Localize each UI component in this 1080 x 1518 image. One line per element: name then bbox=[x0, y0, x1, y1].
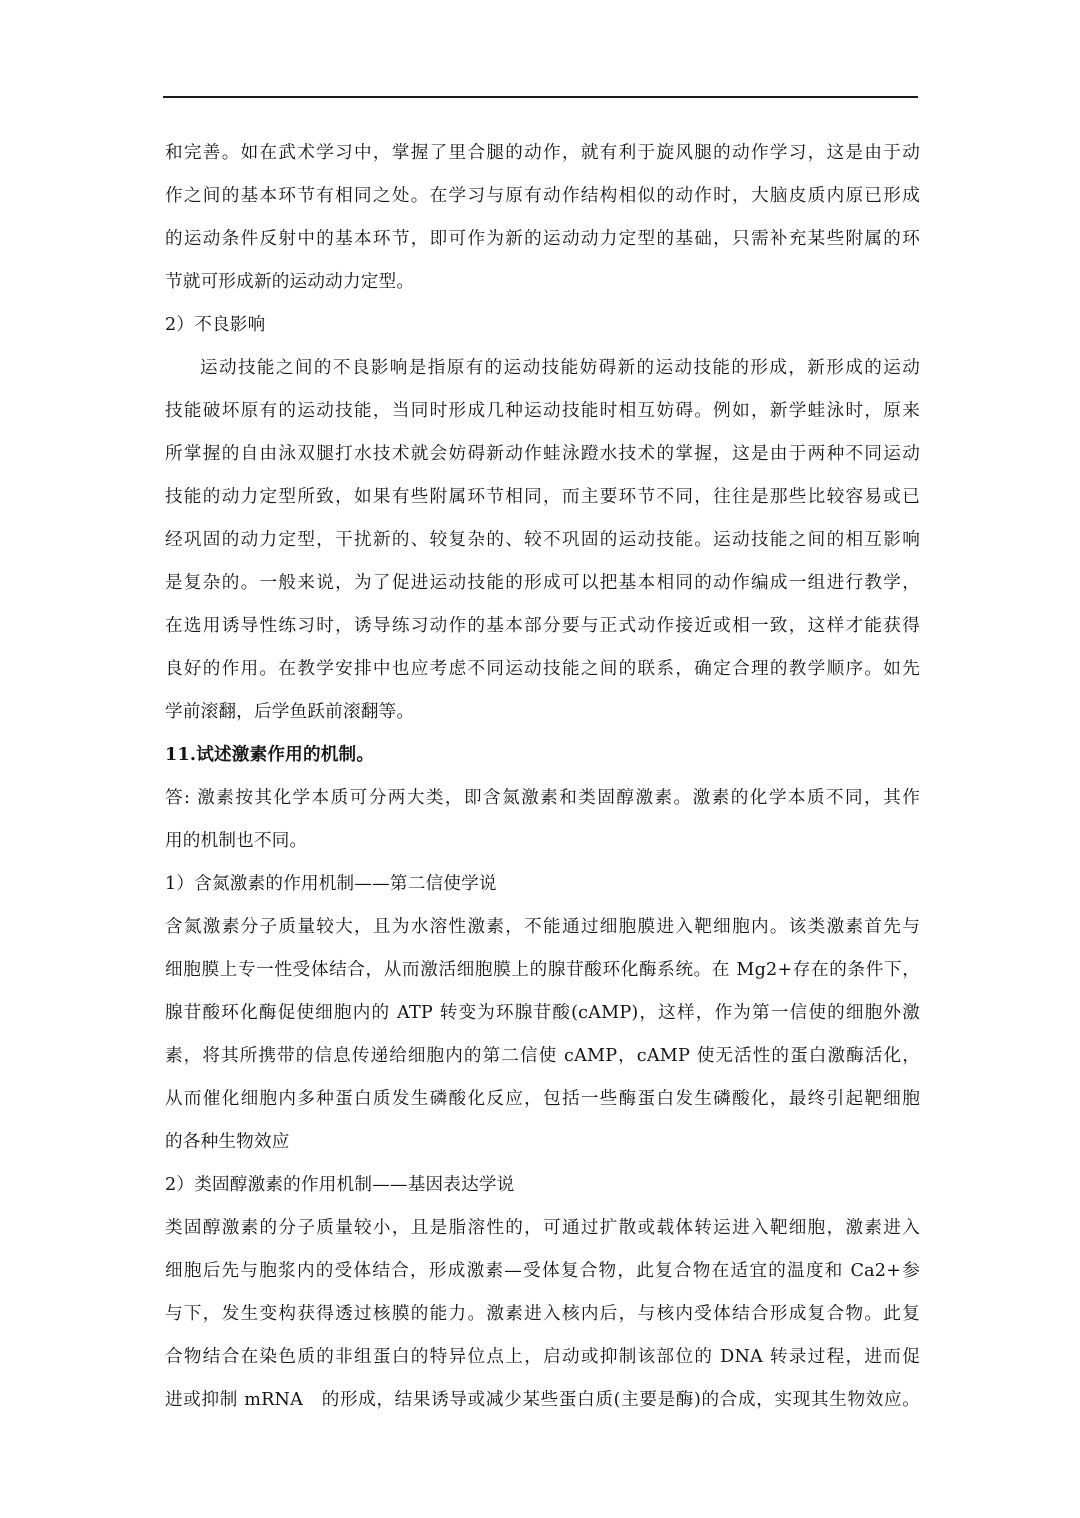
paragraph-line: 细胞后先与胞浆内的受体结合，形成激素—受体复合物，此复合物在适宜的温度和 Ca2… bbox=[165, 1256, 920, 1299]
subheading-adverse-effects: 2）不良影响 bbox=[165, 310, 920, 353]
paragraph-line: 的各种生物效应 bbox=[165, 1127, 920, 1170]
paragraph-line: 类固醇激素的分子质量较小，且是脂溶性的，可通过扩散或载体转运进入靶细胞，激素进入 bbox=[165, 1213, 920, 1256]
paragraph-line: 腺苷酸环化酶促使细胞内的 ATP 转变为环腺苷酸(cAMP)，这样，作为第一信使… bbox=[165, 998, 920, 1041]
paragraph-line: 在选用诱导性练习时，诱导练习动作的基本部分要与正式动作接近或相一致，这样才能获得 bbox=[165, 611, 920, 654]
subheading-nitrogen-hormones: 1）含氮激素的作用机制——第二信使学说 bbox=[165, 869, 920, 912]
paragraph-line: 技能破坏原有的运动技能，当同时形成几种运动技能时相互妨碍。例如，新学蛙泳时，原来 bbox=[165, 396, 920, 439]
paragraph-line: 所掌握的自由泳双腿打水技术就会妨碍新动作蛙泳蹬水技术的掌握，这是由于两种不同运动 bbox=[165, 439, 920, 482]
paragraph-line: 与下，发生变构获得透过核膜的能力。激素进入核内后，与核内受体结合形成复合物。此复 bbox=[165, 1299, 920, 1342]
paragraph-line: 素，将其所携带的信息传递给细胞内的第二信使 cAMP，cAMP 使无活性的蛋白激… bbox=[165, 1041, 920, 1084]
paragraph-line: 含氮激素分子质量较大，且为水溶性激素，不能通过细胞膜进入靶细胞内。该类激素首先与 bbox=[165, 912, 920, 955]
paragraph-line: 节就可形成新的运动动力定型。 bbox=[165, 267, 920, 310]
document-body: 和完善。如在武术学习中，掌握了里合腿的动作，就有利于旋风腿的动作学习，这是由于动… bbox=[165, 138, 920, 1428]
paragraph-line: 从而催化细胞内多种蛋白质发生磷酸化反应，包括一些酶蛋白发生磷酸化，最终引起靶细胞 bbox=[165, 1084, 920, 1127]
paragraph-line: 细胞膜上专一性受体结合，从而激活细胞膜上的腺苷酸环化酶系统。在 Mg2+存在的条… bbox=[165, 955, 920, 998]
paragraph-line: 经巩固的动力定型，干扰新的、较复杂的、较不巩固的运动技能。运动技能之间的相互影响 bbox=[165, 525, 920, 568]
paragraph-line: 的运动条件反射中的基本环节，即可作为新的运动动力定型的基础，只需补充某些附属的环 bbox=[165, 224, 920, 267]
question-heading: 11.试述激素作用的机制。 bbox=[165, 740, 920, 783]
paragraph-line: 作之间的基本环节有相同之处。在学习与原有动作结构相似的动作时，大脑皮质内原已形成 bbox=[165, 181, 920, 224]
paragraph-line: 技能的动力定型所致，如果有些附属环节相同，而主要环节不同，往往是那些比较容易或已 bbox=[165, 482, 920, 525]
paragraph-line: 是复杂的。一般来说，为了促进运动技能的形成可以把基本相同的动作编成一组进行教学， bbox=[165, 568, 920, 611]
subheading-steroid-hormones: 2）类固醇激素的作用机制——基因表达学说 bbox=[165, 1170, 920, 1213]
paragraph-line: 学前滚翻，后学鱼跃前滚翻等。 bbox=[165, 697, 920, 740]
answer-line: 用的机制也不同。 bbox=[165, 826, 920, 869]
paragraph-line: 良好的作用。在教学安排中也应考虑不同运动技能之间的联系，确定合理的教学顺序。如先 bbox=[165, 654, 920, 697]
header-rule bbox=[163, 96, 918, 98]
answer-line: 答: 激素按其化学本质可分两大类，即含氮激素和类固醇激素。激素的化学本质不同，其… bbox=[165, 783, 920, 826]
paragraph-line: 运动技能之间的不良影响是指原有的运动技能妨碍新的运动技能的形成，新形成的运动 bbox=[165, 353, 920, 396]
paragraph-line: 和完善。如在武术学习中，掌握了里合腿的动作，就有利于旋风腿的动作学习，这是由于动 bbox=[165, 138, 920, 181]
paragraph-line: 合物结合在染色质的非组蛋白的特异位点上，启动或抑制该部位的 DNA 转录过程，进… bbox=[165, 1342, 920, 1385]
paragraph-line: 进或抑制 mRNA 的形成，结果诱导或减少某些蛋白质(主要是酶)的合成，实现其生… bbox=[165, 1385, 920, 1428]
